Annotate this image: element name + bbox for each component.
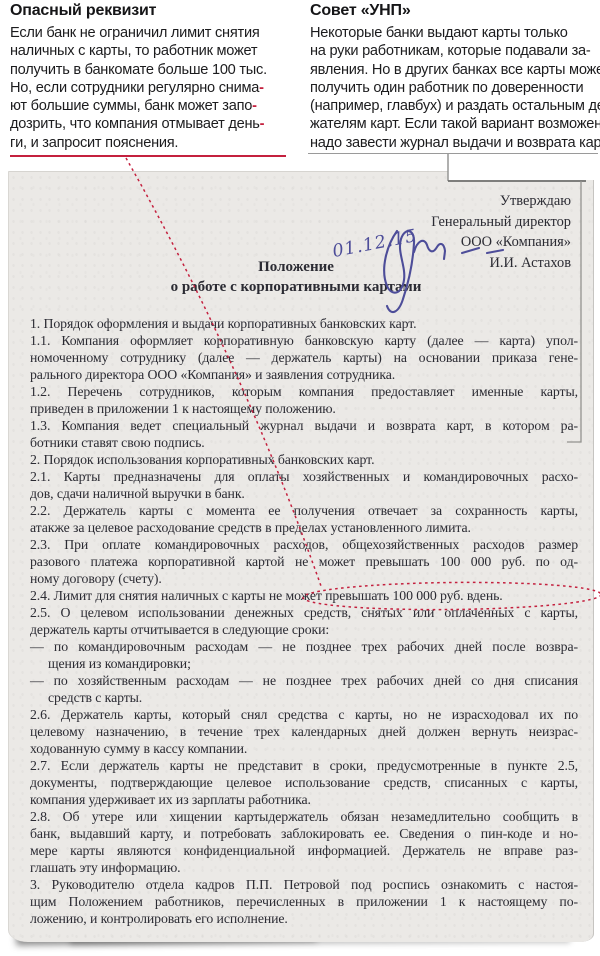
left-annotation-body: Если банк не ограничил лимит снятияналич… xyxy=(10,24,288,152)
document-line: дов, сдачи наличной выручки в банк. xyxy=(30,485,578,502)
document-line: 2.7. Если держатель карты не представит … xyxy=(30,757,578,774)
right-annotation-underline xyxy=(308,153,598,154)
annotation-line: жателям карт. Если такой вариант возможе… xyxy=(310,115,600,133)
document-line: 2.4. Лимит для снятия наличных с карты н… xyxy=(30,587,578,604)
red-hyphen: - xyxy=(260,116,265,132)
annotation-line: на руки работникам, которые подавали за- xyxy=(310,42,600,60)
approval-line: ООО «Компания» xyxy=(431,232,571,253)
document-line: 2.1. Карты предназначены для оплаты хозя… xyxy=(30,468,578,485)
red-hyphen: - xyxy=(252,98,257,114)
document-line: рального директора ООО «Компания» и заяв… xyxy=(30,366,578,383)
document-line: — по командировочным расходам — не поздн… xyxy=(30,638,578,655)
document-line: разового платежа корпоративной картой не… xyxy=(30,553,578,570)
document-title-line: о работе с корпоративными картами xyxy=(22,278,570,298)
document-line: 3. Руководителю отдела кадров П.П. Петро… xyxy=(30,876,578,893)
document-line: ному договору (счету). xyxy=(30,570,578,587)
document-line: ходованную сумму в кассу компании. xyxy=(30,740,578,757)
document-line: 2.3. При оплате командировочных расходов… xyxy=(30,536,578,553)
left-annotation-column: Опасный реквизит Если банк не ограничил … xyxy=(10,2,288,152)
document-line: 2.8. Об утере или хищении картыдержатель… xyxy=(30,808,578,825)
annotation-line: дозрить, что компания отмывает день- xyxy=(10,115,288,133)
document-line: средств с карты. xyxy=(30,689,578,706)
document-line: щим Положением работников, перечисленных… xyxy=(30,893,578,910)
annotation-line: наличных с карты, то работник может xyxy=(10,42,288,60)
document-line: щения из командировки; xyxy=(30,655,578,672)
document-line: компания удерживает их из зарплаты работ… xyxy=(30,791,578,808)
document-line: 1.3. Компания ведет специальный журнал в… xyxy=(30,417,578,434)
document-line: держатель карты отчитывается в следующие… xyxy=(30,621,578,638)
document-line: документы, подтверждающие целевое исполь… xyxy=(30,774,578,791)
document-line: — по хозяйственным расходам — не позднее… xyxy=(30,672,578,689)
approval-line: Утверждаю xyxy=(431,191,571,212)
document-body: 1. Порядок оформления и выдачи корпорати… xyxy=(30,315,578,927)
document-line: целевому назначению, в течение трех кале… xyxy=(30,723,578,740)
red-hyphen: - xyxy=(259,80,264,96)
approval-line: Генеральный директор xyxy=(431,212,571,233)
document-line: 1.1. Компания оформляет корпоративную ба… xyxy=(30,332,578,349)
right-annotation-body: Некоторые банки выдают карты толькона ру… xyxy=(310,24,600,152)
annotation-line: ют большие суммы, банк может запо- xyxy=(10,97,288,115)
paper-corner-notch xyxy=(448,168,600,180)
document-line: 2. Порядок использования корпоративных б… xyxy=(30,451,578,468)
annotation-line: получить в банкомате больше 100 тыс. xyxy=(10,61,288,79)
document-line: 2.6. Держатель карты, который снял средс… xyxy=(30,706,578,723)
document-line: 2.2. Держатель карты с момента ее получе… xyxy=(30,502,578,519)
annotation-line: Некоторые банки выдают карты только xyxy=(310,24,600,42)
document-line: глашать эту информацию. xyxy=(30,859,578,876)
document-line: мере карты являются конфиденциальной инф… xyxy=(30,842,578,859)
annotation-line: явления. Но в других банках все карты мо… xyxy=(310,61,600,79)
document-line: банк, выдавший карту, и потребовать забл… xyxy=(30,825,578,842)
document-line: 1.2. Перечень сотрудников, которым компа… xyxy=(30,383,578,400)
document-line: 2.5. О целевом использовании денежных ср… xyxy=(30,604,578,621)
document-line: 1. Порядок оформления и выдачи корпорати… xyxy=(30,315,578,332)
left-annotation-underline xyxy=(10,155,286,157)
annotation-line: ги, и запросит пояснения. xyxy=(10,134,288,152)
document-line: атакже за целевое расходование средств в… xyxy=(30,519,578,536)
left-annotation-title: Опасный реквизит xyxy=(10,2,288,20)
annotation-line: (например, главбух) и раздать остальным … xyxy=(310,97,600,115)
document-line: ботники ставят свою подпись. xyxy=(30,434,578,451)
annotation-line: Но, если сотрудники регулярно снима- xyxy=(10,79,288,97)
annotation-line: Если банк не ограничил лимит снятия xyxy=(10,24,288,42)
magazine-page: { "colors": { "accent_red": "#c4203e", "… xyxy=(0,0,600,956)
document-line: приведен в приложении 1 к настоящему пол… xyxy=(30,400,578,417)
right-annotation-title: Совет «УНП» xyxy=(310,2,600,20)
document-line: ложению, и контролировать его исполнение… xyxy=(30,910,578,927)
annotation-line: надо завести журнал выдачи и возврата ка… xyxy=(310,134,600,152)
document-line: номоченному сотруднику (далее — держател… xyxy=(30,349,578,366)
annotation-line: получить один работник по доверенности xyxy=(310,79,600,97)
document-title: Положение о работе с корпоративными карт… xyxy=(22,258,570,297)
document-title-line: Положение xyxy=(22,258,570,278)
right-annotation-column: Совет «УНП» Некоторые банки выдают карты… xyxy=(310,2,600,152)
